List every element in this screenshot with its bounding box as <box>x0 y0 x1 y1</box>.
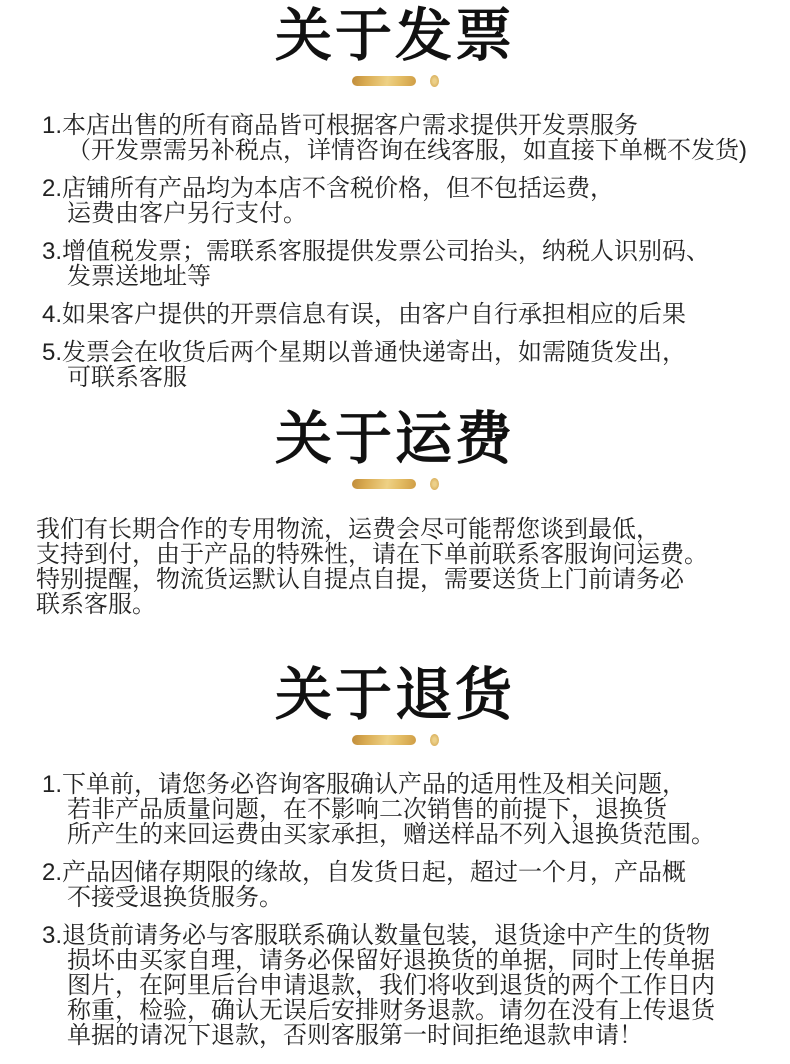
returns-policy-item-3: 3.退货前请务必与客服联系确认数量包装，退货途中产生的货物 损坏由买家自理，请务… <box>42 923 772 1048</box>
gold-divider-bar-icon <box>352 479 416 489</box>
invoice-policy-item-3: 3.增值税发票；需联系客服提供发票公司抬头，纳税人识别码、 发票送地址等 <box>42 239 772 289</box>
section-returns: 关于退货 1.下单前，请您务必咨询客服确认产品的适用性及相关问题， 若非产品质量… <box>0 617 790 1048</box>
invoice-section-title: 关于发票 <box>0 0 790 66</box>
invoice-policy-item-2: 2.店铺所有产品均为本店不含税价格，但不包括运费， 运费由客户另行支付。 <box>42 176 772 226</box>
section-shipping: 关于运费 我们有长期合作的专用物流，运费会尽可能帮您谈到最低， 支持到付，由于产… <box>0 403 790 616</box>
gold-divider <box>0 478 790 491</box>
gold-divider <box>0 733 790 746</box>
gold-divider-dot-icon <box>430 478 439 490</box>
returns-policy-list: 1.下单前，请您务必咨询客服确认产品的适用性及相关问题， 若非产品质量问题，在不… <box>42 772 772 1048</box>
invoice-policy-item-5: 5.发票会在收货后两个星期以普通快递寄出，如需随货发出， 可联系客服 <box>42 340 772 390</box>
gold-divider-bar-icon <box>352 76 416 86</box>
store-policy-page: 关于发票 1.本店出售的所有商品皆可根据客户需求提供开发票服务 （开发票需另补税… <box>0 0 790 1064</box>
gold-divider <box>0 74 790 87</box>
returns-section-title: 关于退货 <box>0 617 790 725</box>
invoice-policy-item-1: 1.本店出售的所有商品皆可根据客户需求提供开发票服务 （开发票需另补税点，详情咨… <box>42 113 772 163</box>
section-invoice: 关于发票 1.本店出售的所有商品皆可根据客户需求提供开发票服务 （开发票需另补税… <box>0 0 790 390</box>
returns-policy-item-2: 2.产品因储存期限的缘故，自发货日起，超过一个月，产品概 不接受退换货服务。 <box>42 860 772 910</box>
gold-divider-dot-icon <box>430 734 439 746</box>
shipping-section-title: 关于运费 <box>0 403 790 469</box>
returns-policy-item-1: 1.下单前，请您务必咨询客服确认产品的适用性及相关问题， 若非产品质量问题，在不… <box>42 772 772 847</box>
gold-divider-dot-icon <box>430 75 439 87</box>
invoice-policy-item-4: 4.如果客户提供的开票信息有误，由客户自行承担相应的后果 <box>42 302 772 327</box>
shipping-policy-paragraph: 我们有长期合作的专用物流，运费会尽可能帮您谈到最低， 支持到付，由于产品的特殊性… <box>36 517 770 617</box>
gold-divider-bar-icon <box>352 735 416 745</box>
invoice-policy-list: 1.本店出售的所有商品皆可根据客户需求提供开发票服务 （开发票需另补税点，详情咨… <box>42 113 772 390</box>
